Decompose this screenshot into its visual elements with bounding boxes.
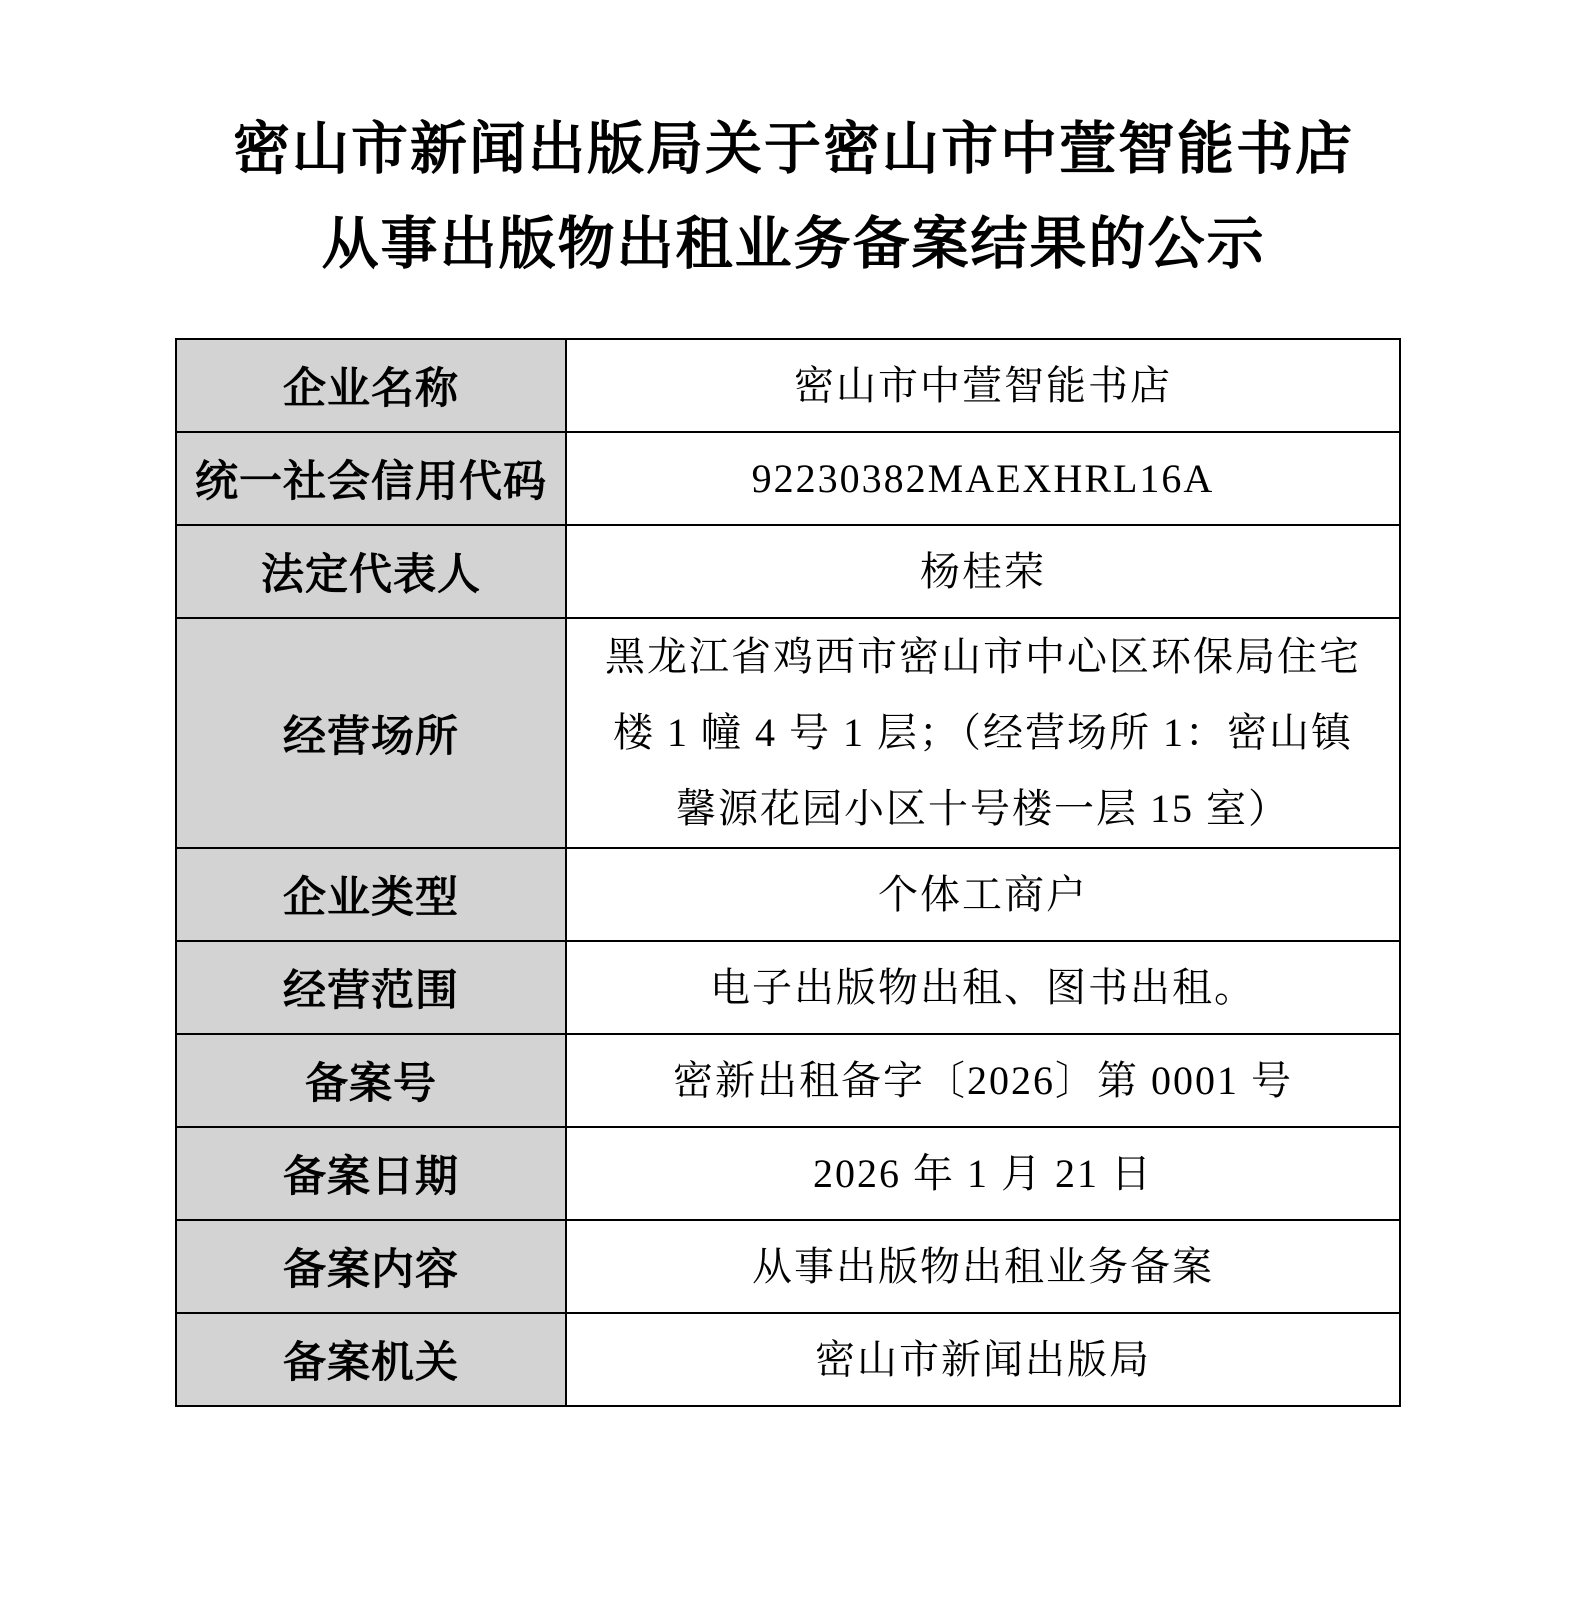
field-label-filing-number: 备案号 [176, 1034, 566, 1127]
field-value-enterprise-type: 个体工商户 [566, 848, 1400, 941]
field-label-filing-content: 备案内容 [176, 1220, 566, 1313]
field-value-filing-date: 2026 年 1 月 21 日 [566, 1127, 1400, 1220]
page-title: 密山市新闻出版局关于密山市中萱智能书店 从事出版物出租业务备案结果的公示 [0, 102, 1587, 292]
field-value-business-scope: 电子出版物出租、图书出租。 [566, 941, 1400, 1034]
field-label-filing-authority: 备案机关 [176, 1313, 566, 1406]
table-row-company-name: 企业名称 密山市中萱智能书店 [176, 339, 1400, 432]
field-value-legal-representative: 杨桂荣 [566, 525, 1400, 618]
field-label-enterprise-type: 企业类型 [176, 848, 566, 941]
table-row-legal-representative: 法定代表人 杨桂荣 [176, 525, 1400, 618]
field-label-company-name: 企业名称 [176, 339, 566, 432]
field-label-business-scope: 经营范围 [176, 941, 566, 1034]
table-row-credit-code: 统一社会信用代码 92230382MAEXHRL16A [176, 432, 1400, 525]
table-row-business-scope: 经营范围 电子出版物出租、图书出租。 [176, 941, 1400, 1034]
filing-info-table: 企业名称 密山市中萱智能书店 统一社会信用代码 92230382MAEXHRL1… [175, 338, 1401, 1407]
field-value-business-premises: 黑龙江省鸡西市密山市中心区环保局住宅楼 1 幢 4 号 1 层；（经营场所 1：… [566, 618, 1400, 848]
field-label-credit-code: 统一社会信用代码 [176, 432, 566, 525]
field-value-credit-code: 92230382MAEXHRL16A [566, 432, 1400, 525]
field-label-business-premises: 经营场所 [176, 618, 566, 848]
table-row-enterprise-type: 企业类型 个体工商户 [176, 848, 1400, 941]
field-value-filing-content: 从事出版物出租业务备案 [566, 1220, 1400, 1313]
field-label-filing-date: 备案日期 [176, 1127, 566, 1220]
page-title-line-2: 从事出版物出租业务备案结果的公示 [0, 197, 1587, 292]
table-row-business-premises: 经营场所 黑龙江省鸡西市密山市中心区环保局住宅楼 1 幢 4 号 1 层；（经营… [176, 618, 1400, 848]
table-row-filing-authority: 备案机关 密山市新闻出版局 [176, 1313, 1400, 1406]
field-label-legal-representative: 法定代表人 [176, 525, 566, 618]
table-row-filing-content: 备案内容 从事出版物出租业务备案 [176, 1220, 1400, 1313]
page-title-line-1: 密山市新闻出版局关于密山市中萱智能书店 [0, 102, 1587, 197]
table-row-filing-number: 备案号 密新出租备字〔2026〕第 0001 号 [176, 1034, 1400, 1127]
field-value-company-name: 密山市中萱智能书店 [566, 339, 1400, 432]
field-value-filing-number: 密新出租备字〔2026〕第 0001 号 [566, 1034, 1400, 1127]
table-row-filing-date: 备案日期 2026 年 1 月 21 日 [176, 1127, 1400, 1220]
field-value-filing-authority: 密山市新闻出版局 [566, 1313, 1400, 1406]
